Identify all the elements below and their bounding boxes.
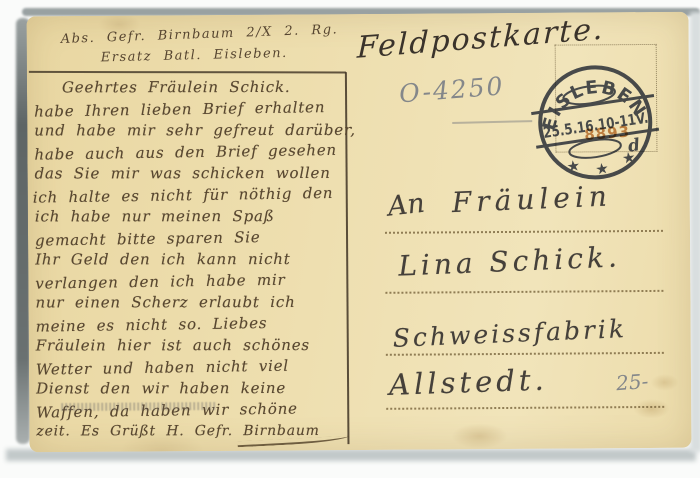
address-line-rule: [386, 406, 664, 410]
address-recipient-name: Lina Schick.: [398, 240, 622, 282]
address-line-rule: [386, 352, 664, 356]
postcard-scan: Abs. Gefr. Birnbaum 2/X 2. Rg. Ersatz Ba…: [0, 0, 700, 478]
message-line: Ihr Geld den ich kann nicht: [35, 249, 347, 271]
message-line: ich halte es nicht für nöthig den: [33, 182, 347, 208]
postmark-stamp: EISLEBEN 25.5.16.10-11V. d ★ ★ ★: [518, 45, 672, 199]
postmark-star: ★: [594, 159, 610, 179]
message-line: Wetter und haben nicht viel: [36, 354, 348, 380]
scan-edge-right: [690, 12, 700, 452]
address-recipient-title: Fräulein: [451, 179, 612, 219]
message-line: und habe mir sehr gefreut darüber,: [34, 120, 346, 142]
address-street: Schweissfabrik: [392, 314, 627, 353]
address-an: An: [386, 188, 426, 223]
message-line: Fräulein hier ist auch schönes: [36, 335, 348, 357]
message-line: Dienst den wir haben keine: [36, 378, 348, 400]
postmark-star: ★: [621, 148, 637, 168]
postal-code-note: O-4250: [398, 71, 505, 108]
message-text: Geehrtes Fräulein Schick. habe Ihren lie…: [34, 76, 349, 444]
message-line: verlangen den ich habe mir: [35, 268, 347, 294]
message-line: meine es nicht so. Liebes: [35, 311, 347, 337]
sender-line: Ersatz Batl. Eisleben.: [101, 46, 288, 66]
address-line-rule: [385, 290, 663, 294]
address-line-rule: [385, 230, 663, 234]
postcard: Abs. Gefr. Birnbaum 2/X 2. Rg. Ersatz Ba…: [26, 12, 691, 453]
publisher-imprint-smudge: [61, 402, 216, 411]
postmark-star: ★: [565, 156, 581, 176]
price-note: 25-: [615, 369, 649, 395]
message-line: habe auch aus den Brief gesehen: [34, 139, 346, 165]
message-line: das Sie mir was schicken wollen: [35, 163, 347, 185]
message-line: habe Ihren lieben Brief erhalten: [34, 96, 346, 122]
pencil-underline: [452, 120, 532, 124]
message-line: Geehrtes Fräulein Schick.: [62, 77, 346, 99]
header-rule: [29, 71, 346, 74]
message-line: gemacht bitte sparen Sie: [35, 225, 347, 251]
address-town: Allstedt.: [389, 363, 549, 402]
message-line: nur einen Scherz erlaubt ich: [35, 292, 347, 314]
sender-line: Abs. Gefr. Birnbaum 2/X 2. Rg.: [60, 22, 338, 47]
message-line: ich habe nur meinen Spaß: [35, 206, 347, 228]
